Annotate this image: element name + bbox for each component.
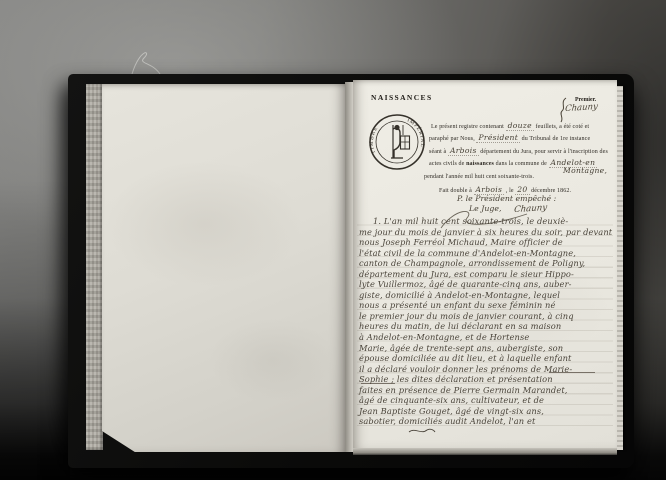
manuscript-line: lyte Vuillermoz, âgé de quarante-cinq an… xyxy=(359,279,615,290)
acts-type-label: naissances xyxy=(466,161,494,167)
manuscript-line: nous a présenté un enfant du sexe fémini… xyxy=(359,300,615,311)
manuscript-line: à Andelot-en-Montagne, et de Hortense xyxy=(359,332,615,343)
manuscript-line: faites en présence de Pierre Germain Mar… xyxy=(359,385,615,396)
manuscript-line: Sophie ; les dites déclaration et présen… xyxy=(359,374,615,385)
given-name-underline xyxy=(361,383,395,384)
manuscript-line: le premier jour du mois de janvier coura… xyxy=(359,311,615,322)
hw-sheet-count: douze xyxy=(506,121,534,131)
backdrop-shadow xyxy=(0,180,70,480)
register-first-folio: NAISSANCES Premier. Chauny TIMBRE IMPÉRI… xyxy=(353,80,617,448)
hw-officer-title: Président xyxy=(476,133,520,143)
timbre-imperial-seal-icon: TIMBRE IMPÉRIAL xyxy=(367,112,427,172)
photo-scene: NAISSANCES Premier. Chauny TIMBRE IMPÉRI… xyxy=(0,0,666,480)
page-edge-stack-bottom xyxy=(353,448,617,455)
section-title: NAISSANCES xyxy=(371,93,433,102)
form-line-5: pendant l'année mil huit cent soixante-t… xyxy=(424,174,534,180)
manuscript-line: département du Jura, est comparu le sieu… xyxy=(359,269,615,280)
hw-commune-carry: Montagne, xyxy=(561,166,609,175)
manuscript-line: sabotier, domiciliés audit Andelot, l'an… xyxy=(359,416,615,427)
manuscript-line: me jour du mois de janvier à six heures … xyxy=(359,227,615,238)
manuscript-line: épouse domiciliée au dit lieu, et à laqu… xyxy=(359,353,615,364)
manuscript-line: giste, domicilié à Andelot-en-Montagne, … xyxy=(359,290,615,301)
manuscript-line: Jean Baptiste Gouget, âgé de vingt-six a… xyxy=(359,406,615,417)
page-edge-stack-left xyxy=(86,84,103,450)
page-edge-stack-right xyxy=(617,86,623,450)
book-gutter xyxy=(345,82,353,452)
manuscript-line: Marie, âgée de trente-sept ans, aubergis… xyxy=(359,343,615,354)
manuscript-line: canton de Champagnole, arrondissement de… xyxy=(359,258,615,269)
blank-left-page xyxy=(102,84,345,452)
manuscript-line: nous Joseph Ferréol Michaud, Maire offic… xyxy=(359,237,615,248)
manuscript-line: heures du matin, de lui déclarant en sa … xyxy=(359,321,615,332)
end-paraph xyxy=(407,426,437,436)
form-line-2: paraphé par Nous, Président du Tribunal … xyxy=(429,133,590,142)
manuscript-line: 1. L'an mil huit cent soixante-trois, le… xyxy=(359,216,615,227)
given-name-underline xyxy=(549,372,595,373)
president-empeche-line: P. le Président empêché : xyxy=(457,194,556,203)
manuscript-line: l'état civil de la commune d'Andelot-en-… xyxy=(359,248,615,259)
birth-act-text: 1. L'an mil huit cent soixante-trois, le… xyxy=(359,216,615,427)
form-line-3: séant à Arbois département du Jura, pour… xyxy=(429,146,608,155)
hw-tribunal-town: Arbois xyxy=(448,146,479,156)
manuscript-line: âgé de cinquante-six ans, cultivateur, e… xyxy=(359,395,615,406)
seal-figure xyxy=(391,125,410,158)
folio-signature: Chauny xyxy=(565,103,598,113)
form-line-1: Le présent registre contenant douze feui… xyxy=(431,121,589,130)
